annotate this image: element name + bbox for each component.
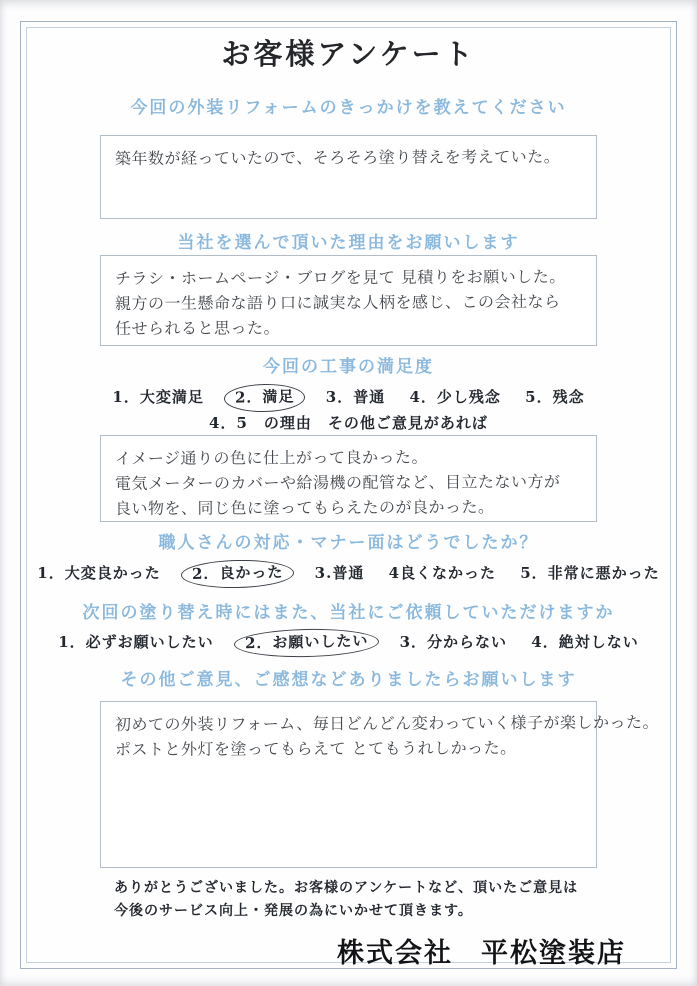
handwritten-answer-line: 任せられると思った。	[115, 314, 582, 341]
handwritten-answer-line: 電気メーターのカバーや給湯機の配管など、目立たない方が	[115, 469, 582, 496]
circled-option-mark: 2．満足	[224, 383, 306, 413]
option-item: 4良くなかった	[389, 562, 496, 584]
repeat-request-option-row: 1．必ずお願いしたい 2．お願いしたい 3．分からない 4．絶対しない	[27, 629, 670, 657]
company-signature: 株式会社平松塗装店	[27, 937, 626, 971]
thank-you-note: ありがとうございました。お客様のアンケートなど、頂いたご意見は 今後のサービス向…	[114, 877, 670, 923]
thank-you-line: 今後のサービス向上・発展の為にいかせて頂きます。	[114, 900, 670, 923]
satisfaction-option-row: 1．大変満足 2．満足 3．普通 4．少し残念 5．残念	[27, 384, 670, 412]
option-item: 3．分からない	[400, 631, 507, 653]
circled-option-mark: 2．良かった	[181, 559, 295, 589]
option-item: 1．必ずお願いしたい	[58, 631, 213, 653]
satisfaction-reason-note: 4．5 の理由 その他ご意見があれば	[27, 414, 670, 432]
decorative-inner-frame: お客様アンケート 今回の外装リフォームのきっかけを教えてください 築年数が経って…	[26, 27, 671, 963]
page-title: お客様アンケート	[27, 36, 670, 72]
answer-box-satisfaction-comment: イメージ通りの色に仕上がって良かった。 電気メーターのカバーや給湯機の配管など、…	[100, 435, 597, 522]
circled-option-mark: 2．お願いしたい	[234, 627, 380, 658]
answer-box-other-comments: 初めての外装リフォーム、毎日どんどん変わっていく様子が楽しかった。 ポストと外灯…	[100, 701, 597, 868]
company-name: 平松塗装店	[481, 938, 626, 969]
question-heading-satisfaction: 今回の工事の満足度	[27, 355, 670, 379]
scanned-survey-page: お客様アンケート 今回の外装リフォームのきっかけを教えてください 築年数が経って…	[0, 0, 697, 986]
answer-box-reform-trigger: 築年数が経っていたので、そろそろ塗り替えを考えていた。	[100, 135, 597, 219]
decorative-outer-frame: お客様アンケート 今回の外装リフォームのきっかけを教えてください 築年数が経って…	[20, 21, 677, 969]
handwritten-answer-line: チラシ・ホームページ・ブログを見て 見積りをお願いした。	[115, 264, 582, 291]
option-item: 1．大変満足	[112, 386, 203, 408]
manner-option-row: 1．大変良かった 2．良かった 3.普通 4良くなかった 5．非常に悪かった	[27, 560, 670, 588]
option-item: 4．少し残念	[409, 386, 500, 408]
handwritten-answer-line: 築年数が経っていたので、そろそろ塗り替えを考えていた。	[115, 144, 582, 171]
option-item: 4．絶対しない	[531, 631, 638, 653]
handwritten-answer-line: ポストと外灯を塗ってもらえて とてもうれしかった。	[115, 735, 582, 762]
question-heading-other-comments: その他ご意見、ご感想などありましたらお願いします	[27, 668, 670, 692]
option-item: 1．大変良かった	[37, 562, 160, 584]
question-heading-reason-chosen: 当社を選んで頂いた理由をお願いします	[27, 231, 670, 255]
question-heading-reform-trigger: 今回の外装リフォームのきっかけを教えてください	[27, 96, 670, 120]
thank-you-line: ありがとうございました。お客様のアンケートなど、頂いたご意見は	[114, 877, 670, 900]
handwritten-answer-line: 親方の一生懸命な語り口に誠実な人柄を感じ、この会社なら	[115, 289, 582, 316]
handwritten-answer-line: 良い物を、同じ色に塗ってもらえたのが良かった。	[115, 494, 582, 521]
handwritten-answer-line: 初めての外装リフォーム、毎日どんどん変わっていく様子が楽しかった。	[115, 710, 582, 737]
question-heading-repeat-request: 次回の塗り替え時にはまた、当社にご依頼していただけますか	[27, 601, 670, 625]
survey-content: お客様アンケート 今回の外装リフォームのきっかけを教えてください 築年数が経って…	[27, 28, 670, 962]
option-item: 5．非常に悪かった	[520, 562, 659, 584]
handwritten-answer-line: イメージ通りの色に仕上がって良かった。	[115, 444, 582, 471]
answer-box-reason-chosen: チラシ・ホームページ・ブログを見て 見積りをお願いした。 親方の一生懸命な語り口…	[100, 255, 597, 346]
option-item: 3．普通	[326, 386, 385, 408]
option-item: 5．残念	[525, 386, 584, 408]
company-prefix: 株式会社	[337, 938, 453, 969]
question-heading-craftsman-manner: 職人さんの対応・マナー面はどうでしたか？	[27, 531, 670, 555]
option-item: 3.普通	[315, 562, 365, 584]
